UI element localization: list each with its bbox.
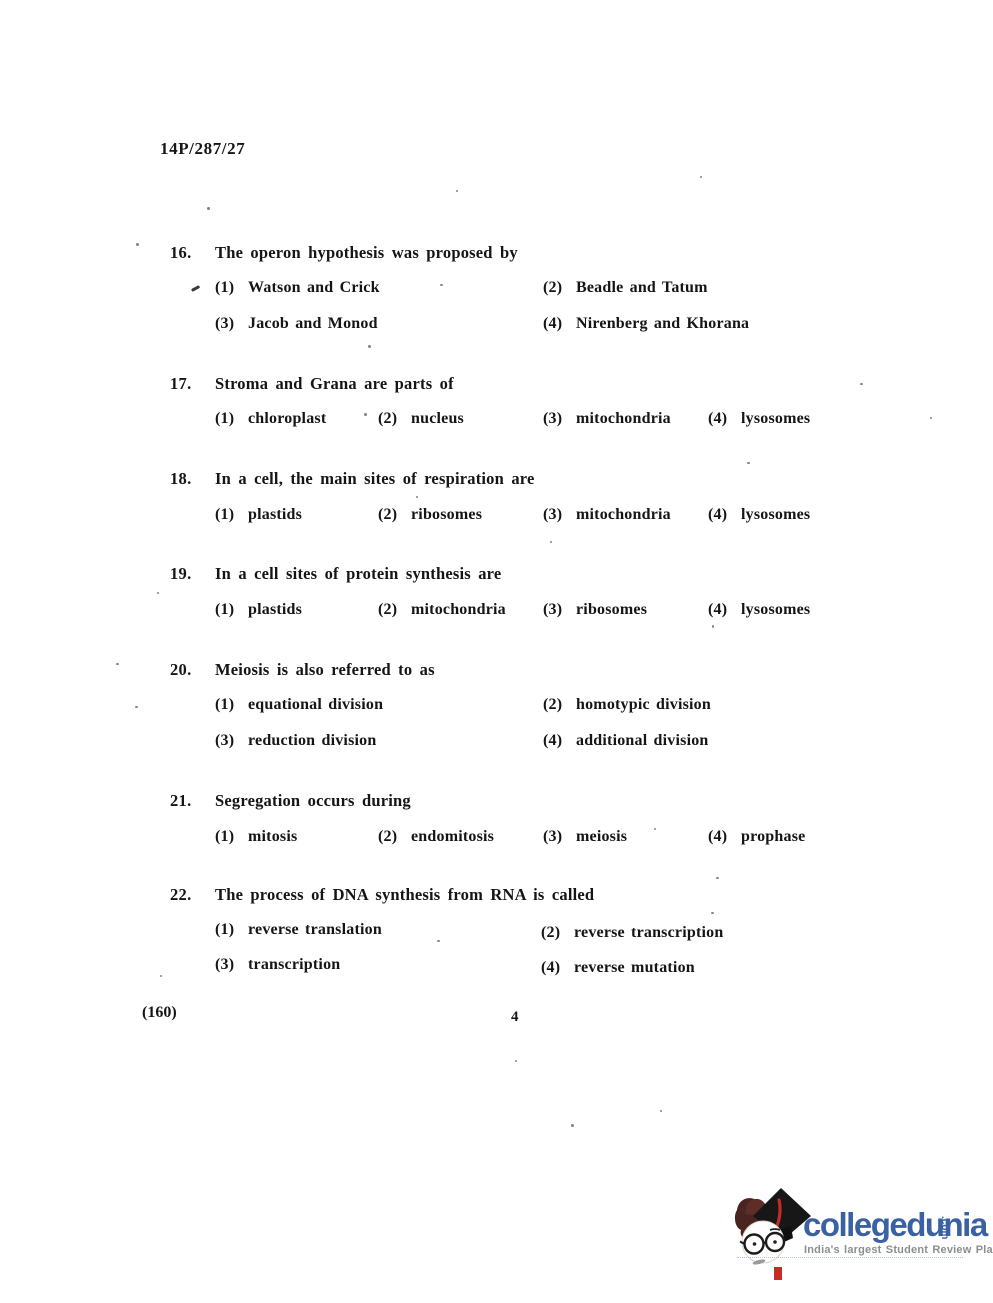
option-text: lysosomes — [741, 601, 810, 618]
scan-speck — [207, 207, 210, 210]
option: (1)plastids — [215, 601, 302, 619]
option-text: mitosis — [248, 828, 297, 845]
question-number: 16. — [170, 243, 192, 263]
option-label: (3) — [543, 828, 576, 846]
option: (4)lysosomes — [708, 506, 810, 524]
option-label: (2) — [543, 279, 576, 297]
scan-speck — [440, 284, 443, 286]
booklet-series-code: (160) — [142, 1004, 177, 1022]
option-label: (4) — [708, 828, 741, 846]
option-label: (4) — [708, 410, 741, 428]
option-label: (3) — [543, 601, 576, 619]
option: (4)lysosomes — [708, 410, 810, 428]
scan-speck — [116, 663, 119, 665]
option-text: lysosomes — [741, 506, 810, 523]
option: (2)nucleus — [378, 410, 464, 428]
question-stem: The process of DNA synthesis from RNA is… — [215, 885, 594, 905]
option-label: (4) — [708, 506, 741, 524]
option-text: ribosomes — [411, 506, 482, 523]
question-number: 17. — [170, 374, 192, 394]
option-label: (1) — [215, 921, 248, 939]
scan-speck — [456, 190, 458, 192]
option-text: equational division — [248, 696, 383, 713]
question-number: 21. — [170, 791, 192, 811]
brand-domain-suffix: .com — [939, 1216, 950, 1239]
scan-speck — [364, 413, 367, 416]
scan-speck — [860, 383, 863, 385]
question-stem: Stroma and Grana are parts of — [215, 374, 454, 394]
question-number: 22. — [170, 885, 192, 905]
option-label: (2) — [378, 828, 411, 846]
option-label: (2) — [378, 601, 411, 619]
option-label: (4) — [543, 732, 576, 750]
option: (2)ribosomes — [378, 506, 482, 524]
option-text: ribosomes — [576, 601, 647, 618]
option: (4)additional division — [543, 732, 709, 750]
option-label: (3) — [543, 506, 576, 524]
handwritten-tick-mark — [191, 285, 200, 292]
scan-speck — [654, 828, 656, 830]
scan-speck — [550, 541, 552, 543]
question-stem: The operon hypothesis was proposed by — [215, 243, 518, 263]
scan-speck — [747, 462, 750, 464]
option-text: transcription — [248, 956, 340, 973]
option-text: homotypic division — [576, 696, 711, 713]
option-label: (1) — [215, 696, 248, 714]
question-stem: In a cell sites of protein synthesis are — [215, 564, 501, 584]
option-label: (3) — [215, 315, 248, 333]
scan-speck — [416, 496, 418, 498]
scan-speck — [711, 912, 714, 914]
option-label: (3) — [543, 410, 576, 428]
option: (3)reduction division — [215, 732, 376, 750]
option-text: mitochondria — [576, 410, 671, 427]
scan-speck — [437, 940, 440, 942]
option: (1)plastids — [215, 506, 302, 524]
option-text: reverse transcription — [574, 924, 723, 941]
option: (3)Jacob and Monod — [215, 315, 378, 333]
scan-speck — [160, 975, 162, 977]
option: (1)Watson and Crick — [215, 279, 380, 297]
option-label: (4) — [543, 315, 576, 333]
logo-divider — [737, 1257, 963, 1258]
option-text: chloroplast — [248, 410, 326, 427]
option-text: mitochondria — [576, 506, 671, 523]
option-text: mitochondria — [411, 601, 506, 618]
graduate-student-mascot-icon — [733, 1186, 811, 1286]
brand-wordmark: collegedunia — [803, 1206, 987, 1244]
option: (4)reverse mutation — [541, 959, 695, 977]
scan-speck — [136, 243, 139, 246]
option-label: (2) — [378, 410, 411, 428]
option-text: Nirenberg and Khorana — [576, 315, 749, 332]
option-label: (1) — [215, 828, 248, 846]
option-label: (2) — [543, 696, 576, 714]
page-number: 4 — [511, 1009, 519, 1026]
option: (2)reverse transcription — [541, 924, 723, 942]
option: (3)mitochondria — [543, 410, 671, 428]
option: (2)Beadle and Tatum — [543, 279, 708, 297]
option: (1)mitosis — [215, 828, 297, 846]
scanned-exam-page: 14P/287/27 16. The operon hypothesis was… — [0, 0, 993, 1303]
option: (2)homotypic division — [543, 696, 711, 714]
option-text: endomitosis — [411, 828, 494, 845]
scan-speck — [716, 877, 719, 879]
option-text: prophase — [741, 828, 805, 845]
option: (3)meiosis — [543, 828, 627, 846]
scan-speck — [157, 592, 159, 594]
question-stem: In a cell, the main sites of respiration… — [215, 469, 535, 489]
question-number: 20. — [170, 660, 192, 680]
question-number: 19. — [170, 564, 192, 584]
option-label: (1) — [215, 506, 248, 524]
question-stem: Meiosis is also referred to as — [215, 660, 435, 680]
option-label: (4) — [541, 959, 574, 977]
option-label: (2) — [378, 506, 411, 524]
option-text: nucleus — [411, 410, 464, 427]
option-label: (1) — [215, 601, 248, 619]
scan-speck — [368, 345, 371, 348]
scan-speck — [660, 1110, 662, 1112]
option-text: additional division — [576, 732, 709, 749]
option: (2)endomitosis — [378, 828, 494, 846]
option: (1)reverse translation — [215, 921, 382, 939]
question-stem: Segregation occurs during — [215, 791, 411, 811]
option: (4)lysosomes — [708, 601, 810, 619]
paper-code: 14P/287/27 — [160, 139, 245, 159]
option-text: Watson and Crick — [248, 279, 380, 296]
scan-speck — [700, 176, 702, 178]
option: (4)Nirenberg and Khorana — [543, 315, 749, 333]
option: (2)mitochondria — [378, 601, 506, 619]
option-label: (4) — [708, 601, 741, 619]
scan-speck — [712, 625, 714, 628]
option-text: plastids — [248, 601, 302, 618]
option: (3)mitochondria — [543, 506, 671, 524]
option-text: plastids — [248, 506, 302, 523]
option-text: Jacob and Monod — [248, 315, 378, 332]
option-label: (3) — [215, 956, 248, 974]
option-text: Beadle and Tatum — [576, 279, 708, 296]
option-label: (1) — [215, 410, 248, 428]
option-text: reverse translation — [248, 921, 382, 938]
option: (3)ribosomes — [543, 601, 647, 619]
option-label: (1) — [215, 279, 248, 297]
scan-speck — [135, 706, 138, 708]
option-label: (3) — [215, 732, 248, 750]
scan-speck — [571, 1124, 574, 1127]
option-label: (2) — [541, 924, 574, 942]
option-text: reverse mutation — [574, 959, 695, 976]
option-text: reduction division — [248, 732, 376, 749]
option: (3)transcription — [215, 956, 340, 974]
question-number: 18. — [170, 469, 192, 489]
option-text: meiosis — [576, 828, 627, 845]
option: (1)chloroplast — [215, 410, 326, 428]
option-text: lysosomes — [741, 410, 810, 427]
brand-tagline: India's largest Student Review Platform — [804, 1244, 993, 1256]
option: (1)equational division — [215, 696, 383, 714]
option: (4)prophase — [708, 828, 805, 846]
scan-speck — [515, 1060, 517, 1062]
scan-speck — [930, 417, 932, 419]
